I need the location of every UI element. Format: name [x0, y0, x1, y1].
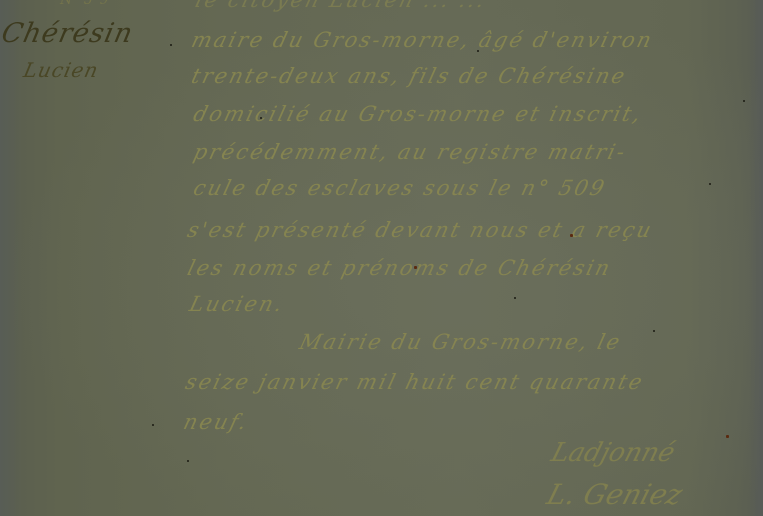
dust-speck: [514, 297, 516, 299]
signature-adjoint: Ladjonné: [548, 438, 679, 468]
body-line-6: s'est présenté devant nous et a reçu: [185, 218, 656, 242]
body-line-1: maire du Gros-morne, âgé d'environ: [189, 28, 656, 52]
ink-blot: [414, 266, 417, 269]
dust-speck: [709, 183, 711, 185]
margin-given-name: Lucien: [21, 58, 101, 82]
left-margin-band: [0, 0, 22, 516]
body-line-3: domicilié au Gros-morne et inscrit,: [191, 102, 645, 126]
body-line-7: les noms et prénoms de Chérésin: [185, 256, 614, 280]
dust-speck: [187, 460, 189, 462]
dust-speck: [260, 117, 262, 119]
right-page-edge: [749, 0, 763, 516]
body-line-4: précédemment, au registre matri-: [191, 140, 629, 164]
body-line-9: Mairie du Gros-morne, le: [297, 330, 624, 354]
margin-surname: Chérésin: [0, 18, 136, 49]
body-line-10: seize janvier mil huit cent quarante: [183, 370, 647, 394]
dust-speck: [170, 44, 172, 46]
body-line-0: le citoyen Lucien ... ...: [193, 0, 489, 12]
signature-official: L. Geniez: [543, 478, 686, 511]
dust-speck: [653, 330, 655, 332]
body-line-2: trente-deux ans, fils de Chérésine: [189, 64, 629, 88]
ink-blot: [570, 234, 573, 237]
dust-speck: [477, 50, 479, 52]
body-line-5: cule des esclaves sous le n° 509: [191, 176, 609, 200]
ink-blot: [726, 435, 729, 438]
scanned-document-page: N° 5°9 Chérésin Lucien le citoyen Lucien…: [0, 0, 763, 516]
body-line-11: neuf.: [181, 410, 251, 434]
dust-speck: [152, 424, 154, 426]
margin-entry-number: N° 5°9: [60, 0, 109, 8]
body-line-8: Lucien.: [187, 292, 287, 316]
dust-speck: [743, 100, 745, 102]
